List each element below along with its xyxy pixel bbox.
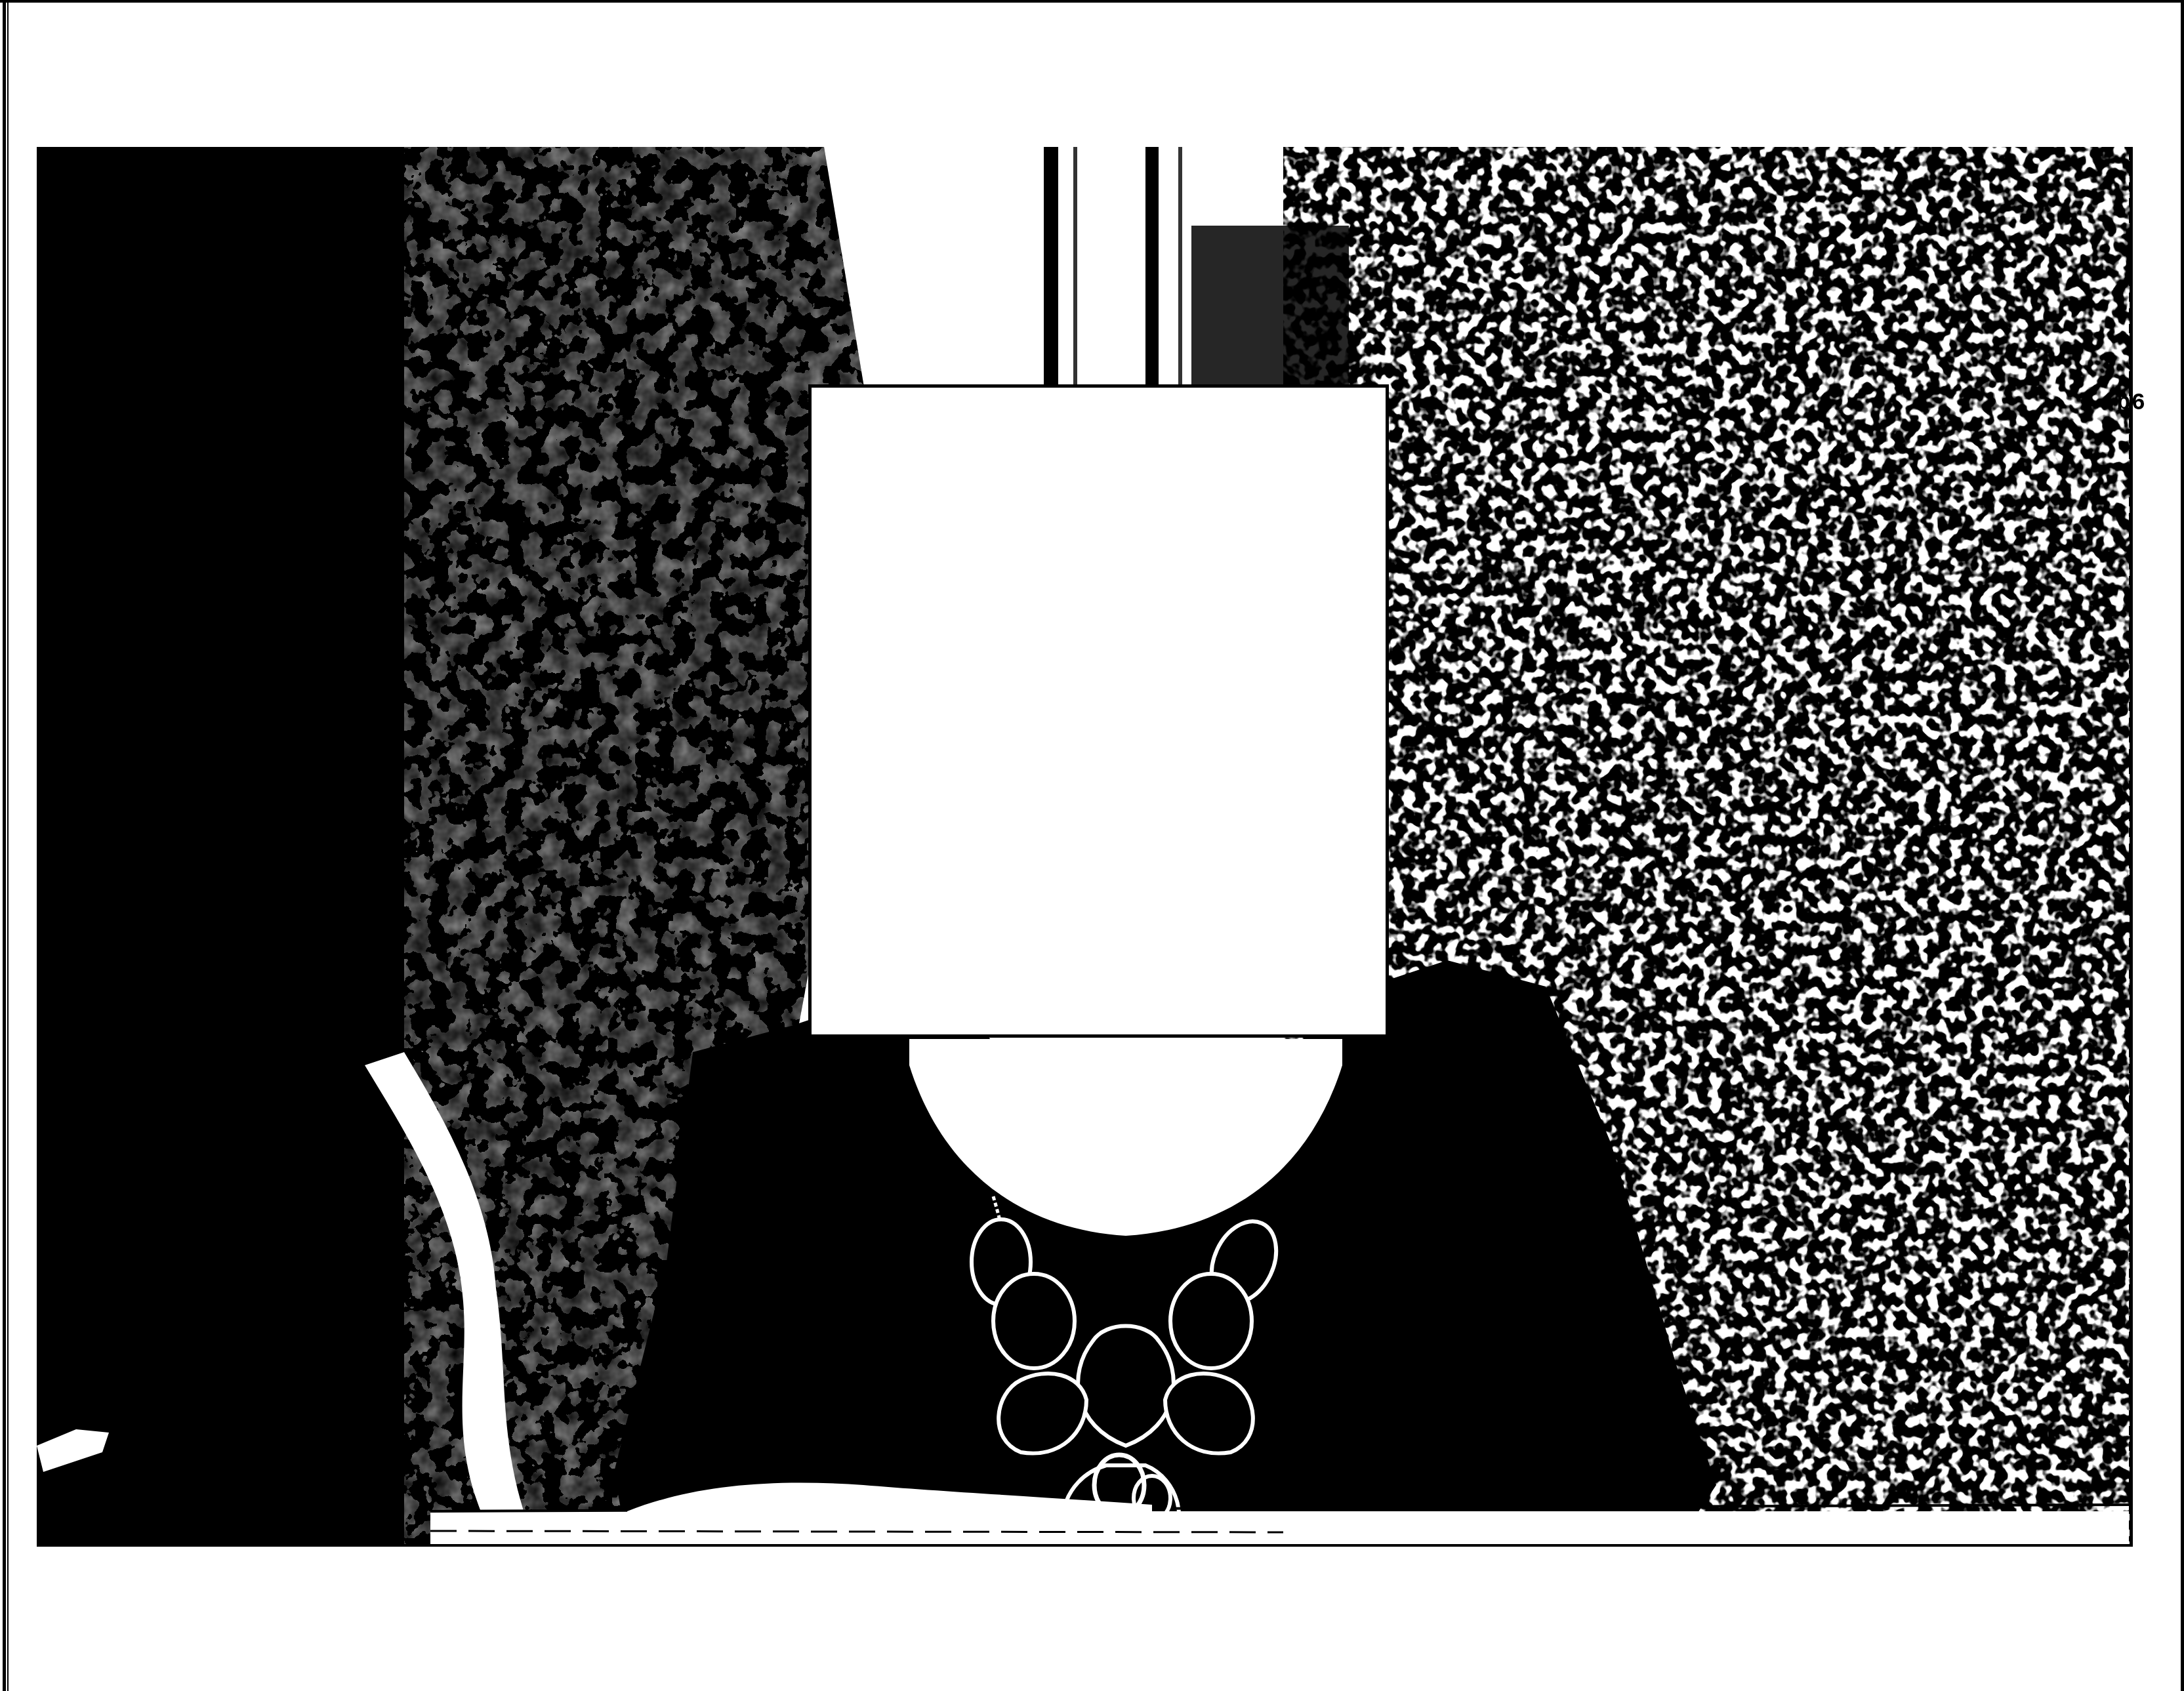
scan-edge-left-inner [7,0,9,1691]
redaction-box [808,384,1389,1038]
scan-edge-left [3,0,6,1691]
exemption-code-label: b6 [2116,390,2146,417]
margin-rule [2129,151,2130,1541]
scan-edge-top [0,0,2184,3]
scan-edge-right [2181,0,2184,1691]
